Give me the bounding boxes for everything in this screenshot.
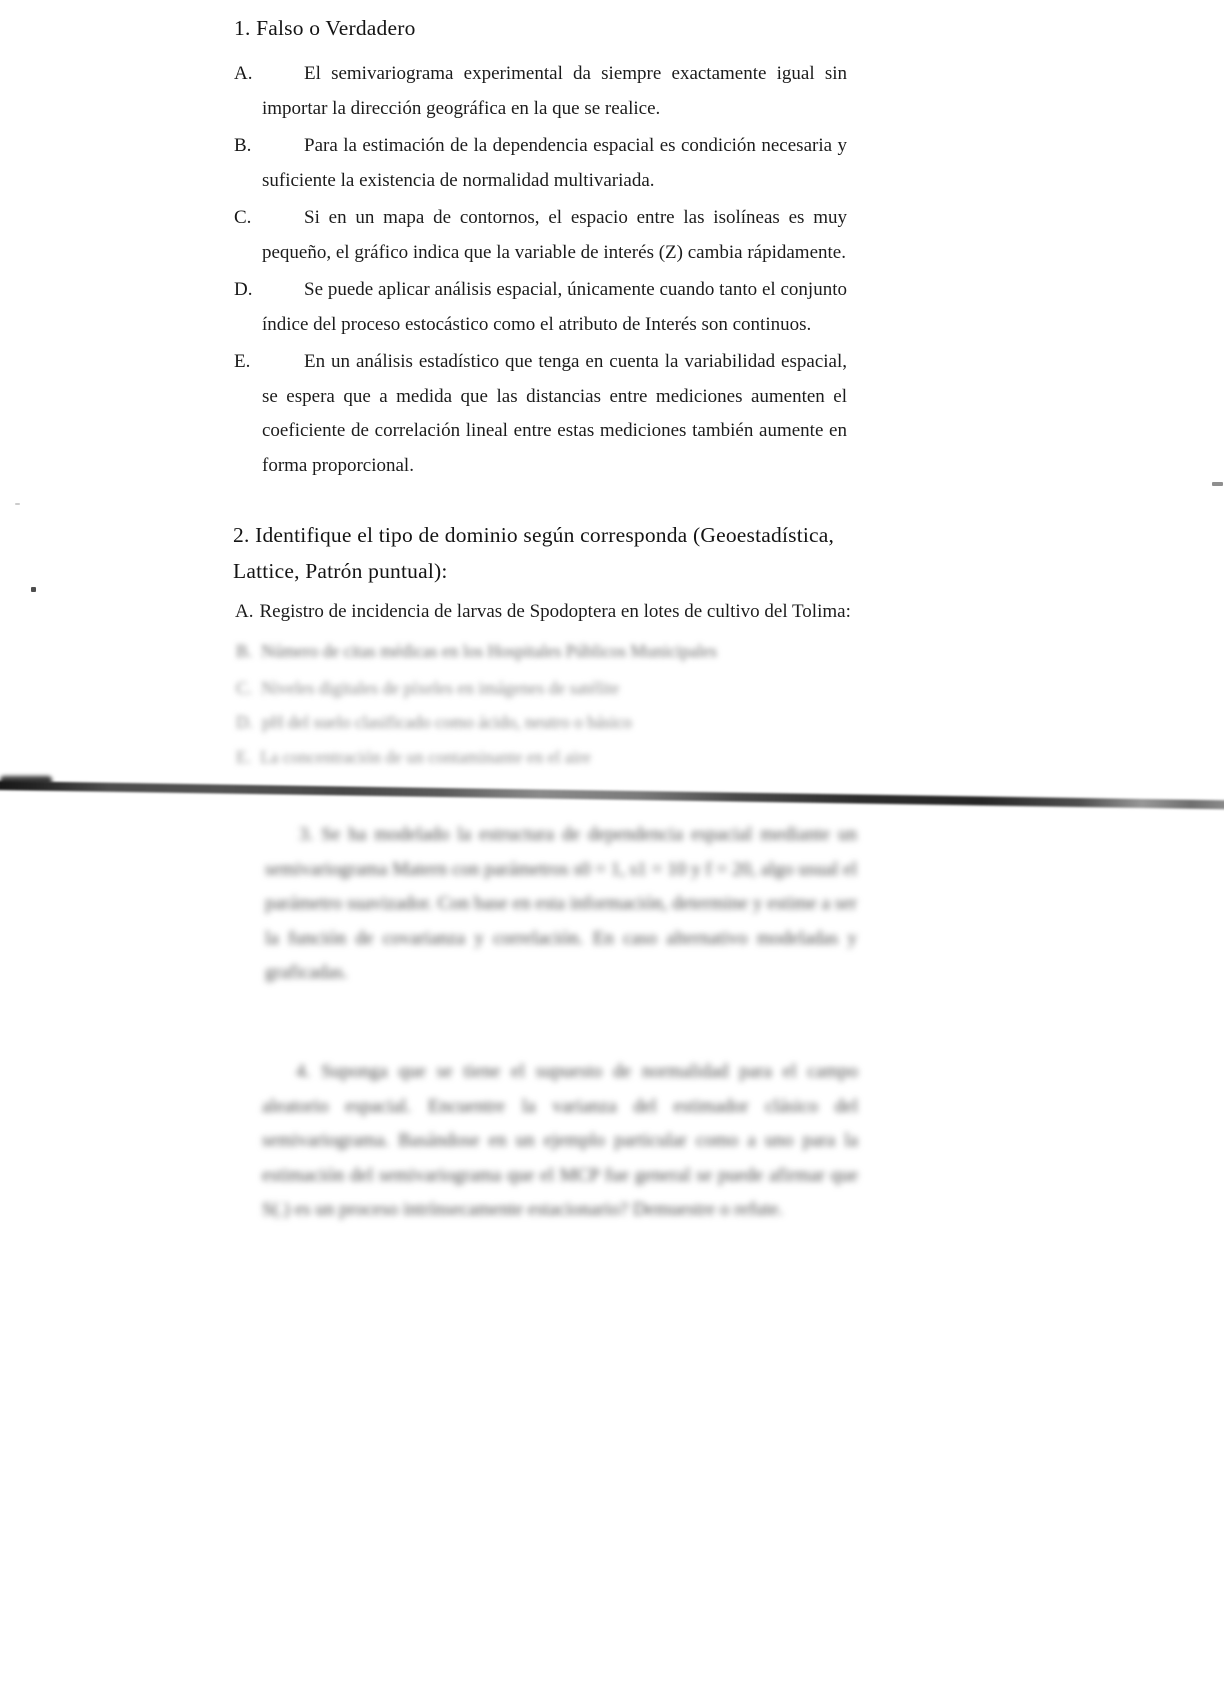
q1-item-c-text: Si en un mapa de contornos, el espacio e… xyxy=(262,201,847,270)
scan-streak-artifact xyxy=(0,781,1224,809)
q2-item-d-label: D. xyxy=(236,712,253,732)
scanned-exam-page: 1. Falso o Verdadero A. El semivariogram… xyxy=(0,0,1224,1684)
q2-item-d-text: pH del suelo clasificado como ácido, neu… xyxy=(262,712,632,732)
q1-item-a: A. El semivariograma experimental da sie… xyxy=(262,57,847,126)
q1-item-a-label: A. xyxy=(234,57,252,92)
scan-speck-dash xyxy=(1212,482,1223,486)
q1-item-e-label: E. xyxy=(234,345,250,380)
q1-item-b-label: B. xyxy=(234,129,251,164)
q2-item-b-blurred: B.Número de citas médicas en los Hospita… xyxy=(236,641,717,662)
question-4-blurred-paragraph: 4. Suponga que se tiene el supuesto de n… xyxy=(262,1055,858,1228)
q1-item-c: C. Si en un mapa de contornos, el espaci… xyxy=(262,201,847,270)
q2-item-c-label: C. xyxy=(236,678,252,698)
q1-item-a-text: El semivariograma experimental da siempr… xyxy=(262,57,847,126)
q1-item-e-text: En un análisis estadístico que tenga en … xyxy=(262,345,847,483)
q1-item-b: B. Para la estimación de la dependencia … xyxy=(262,129,847,198)
question-1-heading: 1. Falso o Verdadero xyxy=(234,16,416,41)
q1-item-c-label: C. xyxy=(234,201,251,236)
q1-item-e: E. En un análisis estadístico que tenga … xyxy=(262,345,847,483)
question-2-heading: 2. Identifique el tipo de dominio según … xyxy=(233,517,873,589)
q2-item-a-label: A. xyxy=(235,601,253,622)
q2-item-b-label: B. xyxy=(236,641,252,661)
q2-item-d-blurred: D.pH del suelo clasificado como ácido, n… xyxy=(236,712,632,733)
q2-item-e-label: E. xyxy=(236,747,251,767)
scan-speck-dot xyxy=(31,587,36,592)
q2-item-e-text: La concentración de un contaminante en e… xyxy=(260,747,591,767)
question-1-list: A. El semivariograma experimental da sie… xyxy=(262,57,847,486)
q2-item-c-blurred: C.Niveles digitales de píxeles en imágen… xyxy=(236,678,619,699)
q2-item-a: A.Registro de incidencia de larvas de Sp… xyxy=(235,601,851,623)
q2-item-e-blurred: E.La concentración de un contaminante en… xyxy=(236,747,591,768)
scan-speck-faint xyxy=(15,503,20,505)
q1-item-d: D. Se puede aplicar análisis espacial, ú… xyxy=(262,273,847,342)
q1-item-b-text: Para la estimación de la dependencia esp… xyxy=(262,129,847,198)
q2-item-b-text: Número de citas médicas en los Hospitale… xyxy=(261,641,717,661)
q1-item-d-label: D. xyxy=(234,273,252,308)
q2-item-a-text: Registro de incidencia de larvas de Spod… xyxy=(259,601,850,622)
q1-item-d-text: Se puede aplicar análisis espacial, únic… xyxy=(262,273,847,342)
question-3-blurred-paragraph: 3. Se ha modelado la estructura de depen… xyxy=(265,818,857,991)
q2-item-c-text: Niveles digitales de píxeles en imágenes… xyxy=(261,678,619,698)
